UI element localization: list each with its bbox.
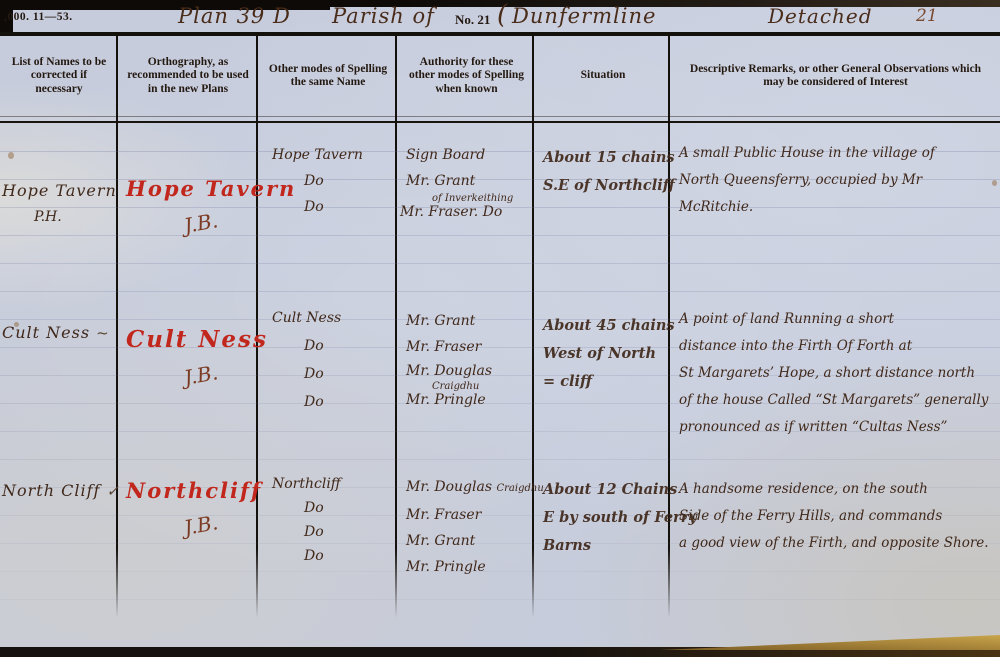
authority-line: Mr. Douglas Craigdhu xyxy=(398,474,535,502)
row2-spellings-cell: Cult Ness Do Do Do xyxy=(258,296,398,464)
row1-authority-cell: Sign Board Mr. Grant of Inverkeithing Mr… xyxy=(398,124,535,296)
title-parish-of: Parish of xyxy=(332,4,435,28)
remarks-line: North Queensferry, occupied by Mr xyxy=(671,167,1000,194)
row3-spellings-cell: Northcliff Do Do Do xyxy=(258,464,398,620)
situation-line: About 12 Chains xyxy=(535,476,671,504)
authority-line: Mr. Fraser xyxy=(398,502,535,528)
authority-line: Mr. Grant xyxy=(398,528,535,554)
authority-text: Mr. Douglas xyxy=(406,479,492,495)
row2-authority-cell: Mr. Grant Mr. Fraser Mr. Douglas Craigdh… xyxy=(398,296,535,464)
row1-remarks-cell: A small Public House in the village of N… xyxy=(671,124,1000,296)
entry-name: Cult Ness~ xyxy=(0,320,118,346)
entry-name-qualifier: P.H. xyxy=(0,204,118,230)
title-parenthesis: ( xyxy=(497,0,507,30)
remarks-line: distance into the Firth Of Forth at xyxy=(671,333,1000,360)
page-number: 21 xyxy=(916,6,938,26)
authority-line: Sign Board xyxy=(398,142,535,168)
spelling-line: Northcliff xyxy=(258,472,398,496)
row3-orthography-cell: Northcliff J.B. xyxy=(118,464,258,620)
row3-authority-cell: Mr. Douglas Craigdhu Mr. Fraser Mr. Gran… xyxy=(398,464,535,620)
row2-name-cell: Cult Ness~ xyxy=(0,296,118,464)
header-situation: Situation xyxy=(535,69,671,83)
remarks-line: A handsome residence, on the south xyxy=(671,476,1000,503)
row3-remarks-cell: A handsome residence, on the south Side … xyxy=(671,464,1000,620)
row1-name-cell: Hope Tavern P.H. xyxy=(0,124,118,296)
scan-corner-bottom-right xyxy=(660,635,1000,650)
remarks-line: a good view of the Firth, and opposite S… xyxy=(671,530,1000,557)
situation-line: About 45 chains xyxy=(535,312,671,340)
remarks-line: St Margarets’ Hope, a short distance nor… xyxy=(671,360,1000,387)
header-list-of-names: List of Names to be corrected if necessa… xyxy=(0,56,118,97)
title-number-printed: No. 21 xyxy=(455,12,490,28)
authority-line: Mr. Douglas xyxy=(398,360,535,382)
title-parish-name: Dunfermline xyxy=(512,4,656,28)
title-detached: Detached xyxy=(768,4,873,28)
remarks-line: Side of the Ferry Hills, and commands xyxy=(671,503,1000,530)
examiner-initials: J.B. xyxy=(182,510,220,540)
header-other-modes: Other modes of Spelling the same Name xyxy=(258,63,398,90)
authority-line: Mr. Fraser xyxy=(398,334,535,360)
spelling-line: Do xyxy=(258,520,398,544)
examiner-initials: J.B. xyxy=(182,208,220,238)
check-mark: ~ xyxy=(90,324,110,342)
spelling-line: Hope Tavern xyxy=(258,142,398,168)
entry-name: Hope Tavern xyxy=(0,178,118,204)
spelling-line: Do xyxy=(258,168,398,194)
remarks-line: McRitchie. xyxy=(671,194,1000,221)
spelling-line: Cult Ness xyxy=(258,304,398,332)
row2-orthography-cell: Cult Ness J.B. xyxy=(118,296,258,464)
authority-line: Mr. Grant xyxy=(398,308,535,334)
row3-situation-cell: About 12 Chains E by south of Ferry Barn… xyxy=(535,464,671,620)
row1-spellings-cell: Hope Tavern Do Do xyxy=(258,124,398,296)
remarks-line: pronounced as if written “Cultas Ness” xyxy=(671,414,1000,441)
entry-name-text: North Cliff xyxy=(2,481,100,500)
header-orthography: Orthography, as recommended to be used i… xyxy=(118,56,258,97)
row2-situation-cell: About 45 chains West of North = cliff xyxy=(535,296,671,464)
situation-line: About 15 chains xyxy=(535,144,671,172)
situation-line: S.E of Northcliff xyxy=(535,172,671,200)
entry-name-text: Cult Ness xyxy=(2,323,90,342)
header-bottom-rule-thin xyxy=(0,116,1000,117)
spelling-line: Do xyxy=(258,194,398,220)
header-bottom-rule-thick xyxy=(0,121,1000,123)
row2-remarks-cell: A point of land Running a short distance… xyxy=(671,296,1000,464)
situation-line: West of North xyxy=(535,340,671,368)
spelling-line: Do xyxy=(258,496,398,520)
accepted-name: Hope Tavern xyxy=(118,176,258,201)
row3-name-cell: North Cliff✓ xyxy=(0,464,118,620)
spelling-line: Do xyxy=(258,388,398,416)
row1-orthography-cell: Hope Tavern J.B. xyxy=(118,124,258,296)
spelling-line: Do xyxy=(258,544,398,568)
authority-line: Mr. Pringle xyxy=(398,390,535,410)
entry-name: North Cliff✓ xyxy=(0,478,118,504)
situation-line: = cliff xyxy=(535,368,671,396)
situation-line: E by south of Ferry xyxy=(535,504,671,532)
authority-line: Mr. Pringle xyxy=(398,554,535,580)
table-header-row: List of Names to be corrected if necessa… xyxy=(0,36,1000,116)
header-authority: Authority for these other modes of Spell… xyxy=(398,56,535,97)
situation-line: Barns xyxy=(535,532,671,560)
accepted-name: Northcliff xyxy=(118,478,258,503)
remarks-line: A point of land Running a short xyxy=(671,306,1000,333)
remarks-line: of the house Called “St Margarets” gener… xyxy=(671,387,1000,414)
examiner-initials: J.B. xyxy=(182,360,220,390)
title-plan: Plan 39 D xyxy=(178,4,291,28)
spelling-line: Do xyxy=(258,360,398,388)
header-descriptive-remarks: Descriptive Remarks, or other General Ob… xyxy=(671,63,1000,90)
print-code-stamp: ,000. 11—53. xyxy=(4,11,73,23)
table-body: Hope Tavern P.H. Hope Tavern J.B. Hope T… xyxy=(0,124,1000,620)
scanned-name-book-page: ,000. 11—53. 21 Plan 39 D Parish of No. … xyxy=(0,0,1000,657)
spelling-line: Do xyxy=(258,332,398,360)
row1-situation-cell: About 15 chains S.E of Northcliff xyxy=(535,124,671,296)
remarks-line: A small Public House in the village of xyxy=(671,140,1000,167)
authority-line: Mr. Grant xyxy=(398,168,535,194)
accepted-name: Cult Ness xyxy=(118,326,258,353)
authority-line: Mr. Fraser. Do xyxy=(398,202,535,222)
